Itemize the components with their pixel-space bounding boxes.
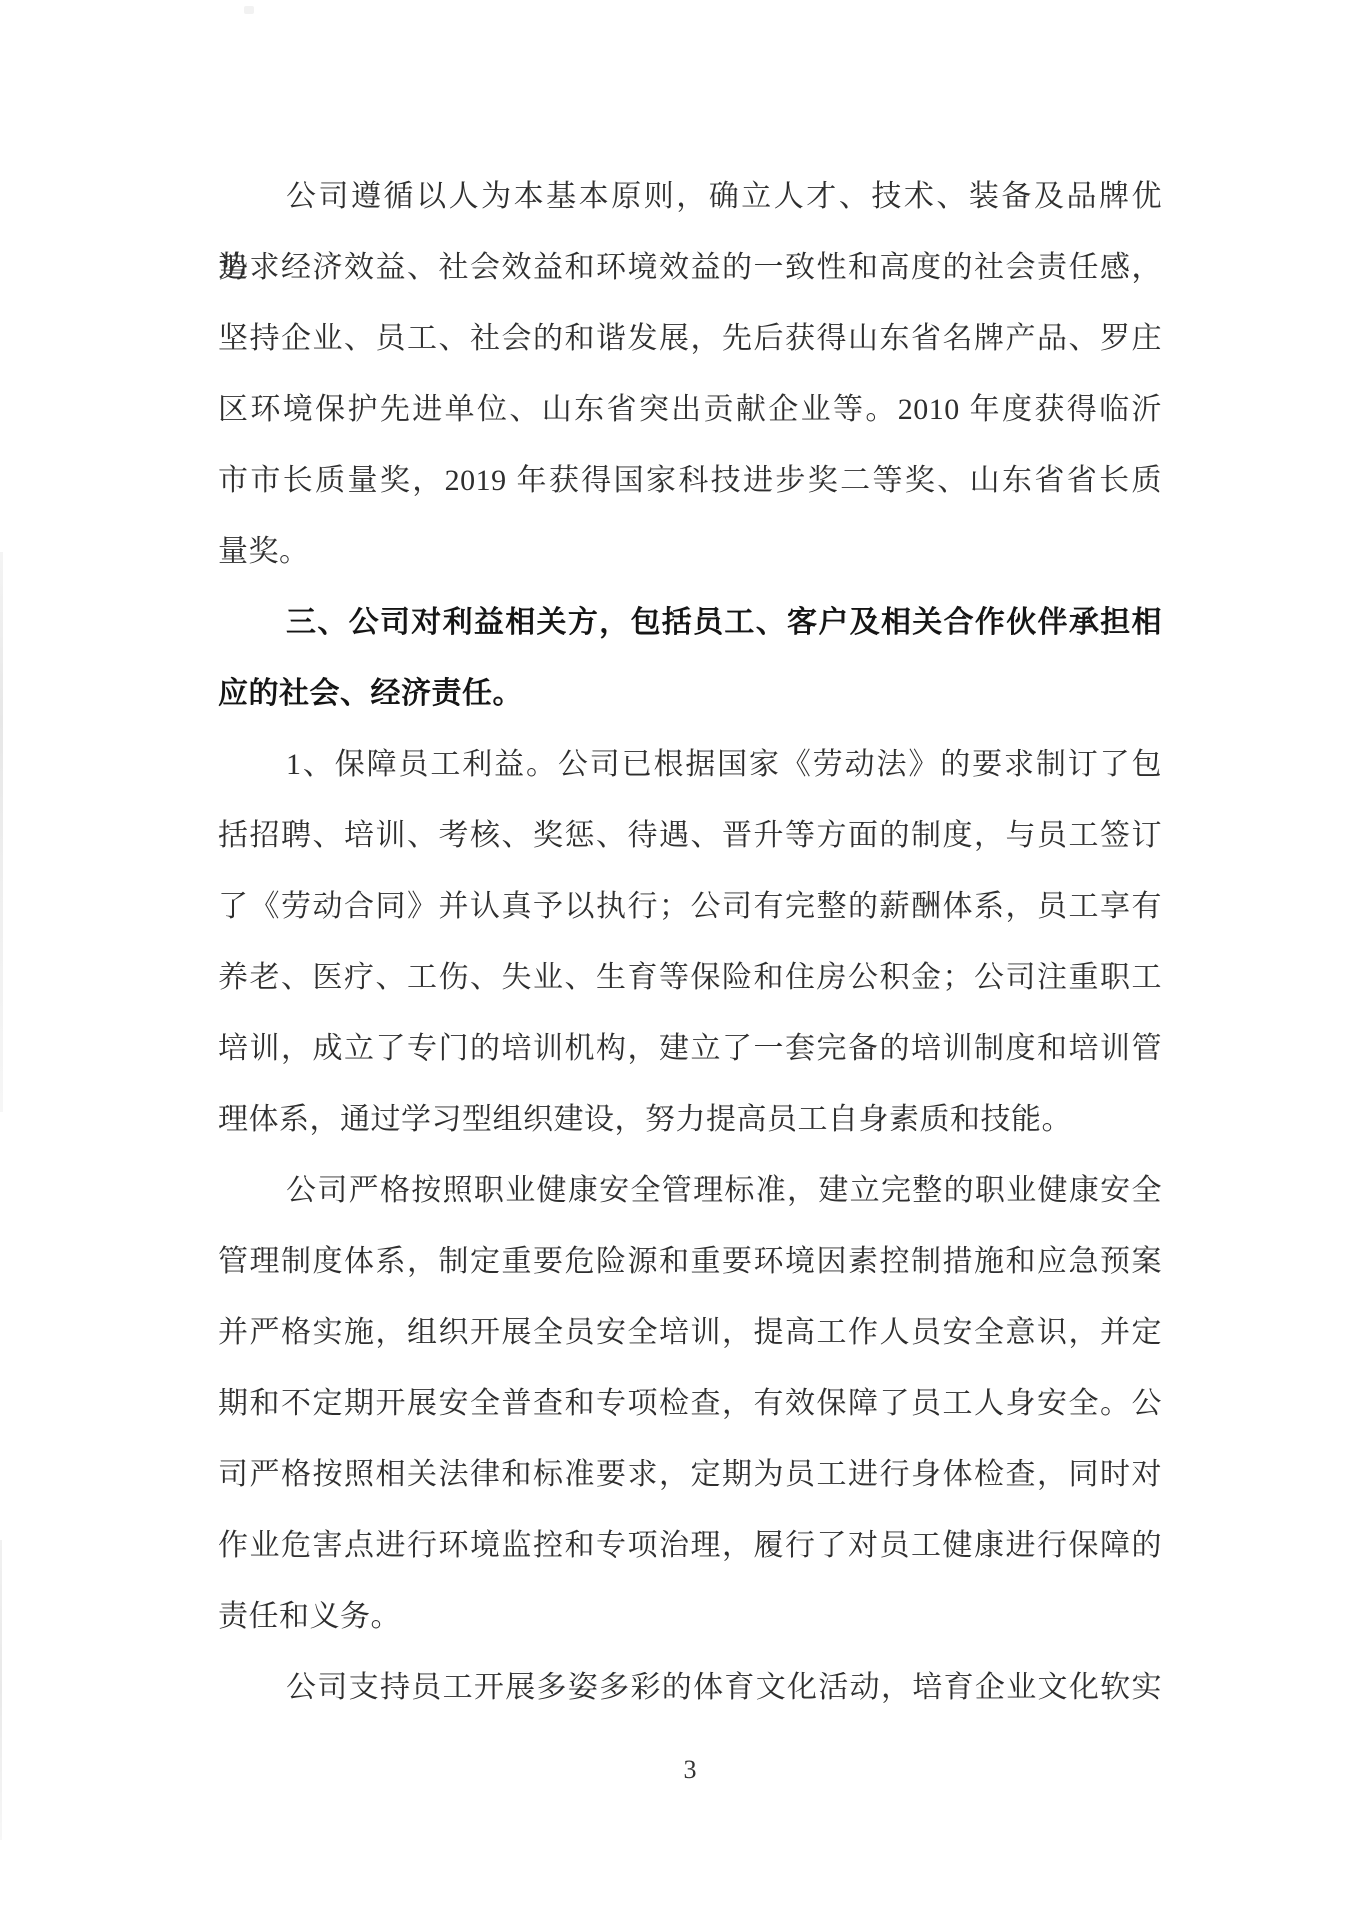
text-line: 公司支持员工开展多姿多彩的体育文化活动，培育企业文化软实 (218, 1652, 1162, 1723)
text-line: 公司严格按照职业健康安全管理标准，建立完整的职业健康安全 (218, 1155, 1162, 1226)
text-line: 司严格按照相关法律和标准要求，定期为员工进行身体检查，同时对 (218, 1439, 1162, 1510)
text-line: 括招聘、培训、考核、奖惩、待遇、晋升等方面的制度，与员工签订 (218, 800, 1162, 871)
text-line: 坚持企业、员工、社会的和谐发展，先后获得山东省名牌产品、罗庄 (218, 303, 1162, 374)
text-line: 了《劳动合同》并认真予以执行；公司有完整的薪酬体系，员工享有 (218, 871, 1162, 942)
text-line: 管理制度体系，制定重要危险源和重要环境因素控制措施和应急预案 (218, 1226, 1162, 1297)
text-line: 养老、医疗、工伤、失业、生育等保险和住房公积金；公司注重职工 (218, 942, 1162, 1013)
text-line: 期和不定期开展安全普查和专项检查，有效保障了员工人身安全。公 (218, 1368, 1162, 1439)
text-line: 市市长质量奖，2019 年获得国家科技进步奖二等奖、山东省省长质 (218, 445, 1162, 516)
text-line: 区环境保护先进单位、山东省突出贡献企业等。2010 年度获得临沂 (218, 374, 1162, 445)
text-line: 培训，成立了专门的培训机构，建立了一套完备的培训制度和培训管 (218, 1013, 1162, 1084)
scan-edge-streak-artifact (0, 1540, 2, 1840)
text-line: 公司遵循以人为本基本原则，确立人才、技术、装备及品牌优势， (218, 161, 1162, 232)
heading-line: 应的社会、经济责任。 (218, 658, 1162, 729)
text-line: 量奖。 (218, 516, 1162, 587)
page-number: 3 (218, 1742, 1162, 1798)
text-line: 作业危害点进行环境监控和专项治理，履行了对员工健康进行保障的 (218, 1510, 1162, 1581)
document-page: 公司遵循以人为本基本原则，确立人才、技术、装备及品牌优势，追求经济效益、社会效益… (0, 0, 1358, 1920)
text-line: 理体系，通过学习型组织建设，努力提高员工自身素质和技能。 (218, 1084, 1162, 1155)
heading-line: 三、公司对利益相关方，包括员工、客户及相关合作伙伴承担相 (218, 587, 1162, 658)
scan-speck-artifact (244, 6, 254, 14)
text-line: 1、保障员工利益。公司已根据国家《劳动法》的要求制订了包 (218, 729, 1162, 800)
text-line: 追求经济效益、社会效益和环境效益的一致性和高度的社会责任感， (218, 232, 1162, 303)
document-lines: 公司遵循以人为本基本原则，确立人才、技术、装备及品牌优势，追求经济效益、社会效益… (218, 161, 1162, 1723)
text-line: 并严格实施，组织开展全员安全培训，提高工作人员安全意识，并定 (218, 1297, 1162, 1368)
scan-edge-streak-artifact (0, 552, 3, 1112)
text-line: 责任和义务。 (218, 1581, 1162, 1652)
